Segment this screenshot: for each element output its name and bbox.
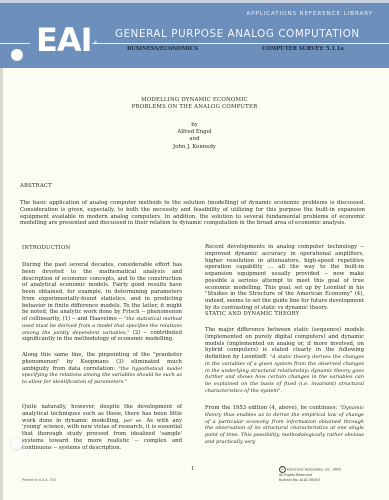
right-paragraph-1: Recent developments in analog computer t… — [205, 244, 364, 312]
logo-text: EAI — [36, 21, 92, 59]
author-name: Alfred Engel — [0, 129, 389, 136]
document-page: APPLICATIONS REFERENCE LIBRARY EAI® GENE… — [0, 0, 389, 500]
title-line-2: PROBLEMS ON THE ANALOG COMPUTER — [0, 104, 389, 111]
header-rule-left — [0, 43, 30, 44]
quote-text: "A static theory derives the changes in … — [205, 354, 364, 394]
series-title: GENERAL PURPOSE ANALOG COMPUTATION — [115, 28, 360, 40]
punch-hole-icon — [11, 49, 23, 61]
header-rule-right — [92, 43, 389, 44]
bulletin-number: Bulletin No. ALAC 65007 — [279, 478, 341, 483]
text-run: During the past several decades, conside… — [22, 262, 182, 322]
library-label: APPLICATIONS REFERENCE LIBRARY — [246, 11, 373, 17]
header-top-strip — [0, 0, 389, 3]
abstract-heading: ABSTRACT — [20, 183, 52, 189]
paper-title: MODELLING DYNAMIC ECONOMIC PROBLEMS ON T… — [0, 97, 389, 111]
copyright-text: Electronic Associates, Inc. 1965 — [287, 468, 341, 472]
page-number: 1 — [191, 466, 194, 472]
category-label: BUSINESS/ECONOMICS — [127, 46, 198, 52]
eai-logo: EAI® — [36, 25, 95, 55]
right-paragraph-3: From the 1953 edition (4, above), he con… — [205, 405, 364, 446]
right-paragraph-2: The major difference between static (seq… — [205, 327, 364, 395]
abstract-text: The basic application of analog computer… — [20, 200, 365, 227]
copyright-icon: C — [279, 466, 286, 473]
page-edge — [0, 0, 3, 500]
intro-paragraph-1: During the past several decades, conside… — [22, 262, 182, 343]
quote-text: "Dynamic theory thus enables us to deriv… — [205, 405, 364, 445]
title-line-1: MODELLING DYNAMIC ECONOMIC — [0, 97, 389, 104]
author-block: by Alfred Engel and John J. Kennedy — [0, 122, 389, 151]
text-run: From the 1953 edition (4, above), he con… — [205, 405, 340, 411]
intro-paragraph-3: Quite naturally, however, despite the de… — [22, 404, 182, 451]
intro-paragraph-2: Along this same line, the pinpointing of… — [22, 352, 182, 386]
by-label: by — [0, 122, 389, 129]
introduction-heading: INTRODUCTION — [22, 245, 70, 251]
registered-mark: ® — [94, 40, 97, 45]
author-name: John J. Kennedy — [0, 144, 389, 151]
italic-text: per se. — [124, 418, 143, 424]
copyright-block: CElectronic Associates, Inc. 1965 All Ri… — [279, 466, 341, 483]
printed-label: Printed in U.S.A. 333 — [22, 478, 56, 482]
static-dynamic-heading: STATIC AND DYNAMIC THEORY — [205, 311, 299, 317]
survey-number: COMPUTER SURVEY: 5.1.1a — [262, 46, 344, 52]
and-label: and — [0, 136, 389, 143]
header-band: APPLICATIONS REFERENCE LIBRARY EAI® GENE… — [0, 0, 389, 68]
